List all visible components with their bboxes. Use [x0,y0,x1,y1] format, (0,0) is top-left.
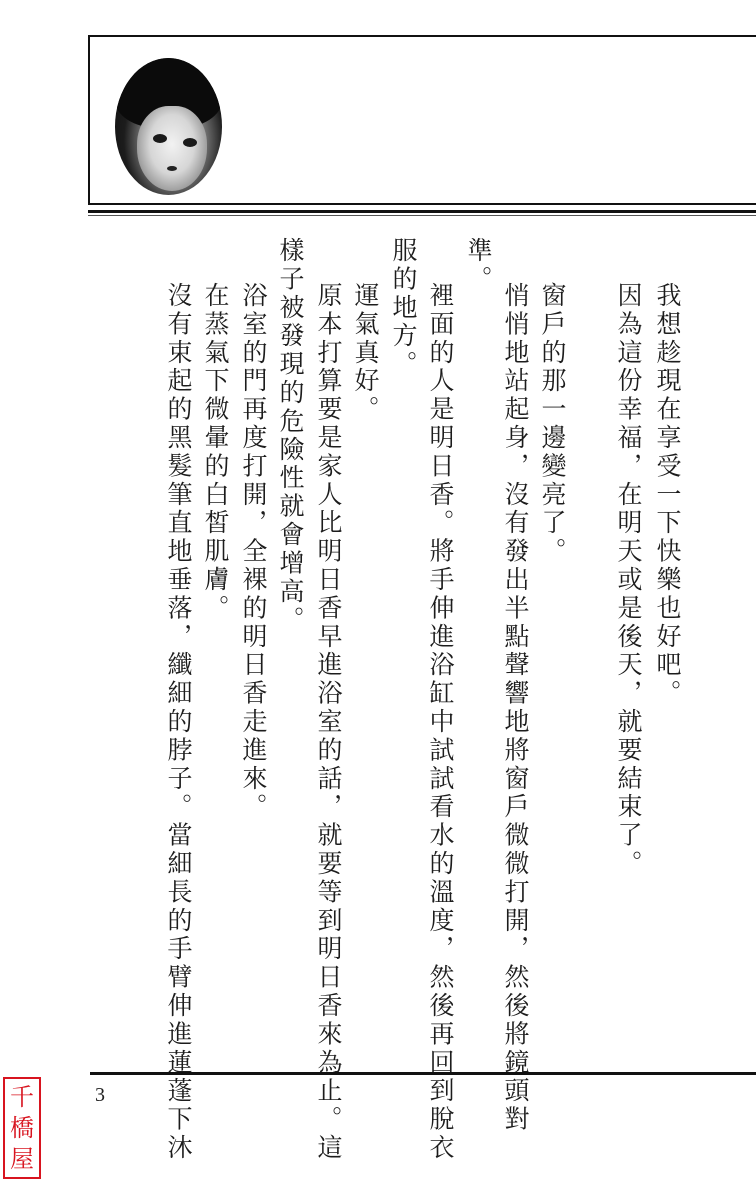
text-column: 沒有束起的黑髮筆直地垂落，纖細的脖子。當細長的手臂伸進蓮蓬下沐 [166,282,191,1162]
text-column: 運氣真好。 [353,282,378,424]
footer-rule [90,1072,756,1075]
portrait-eye-right [183,138,197,147]
text-column: 服的地方。 [391,237,416,379]
portrait-eye-left [153,134,167,143]
text-column: 我想趁現在享受一下快樂也好吧。 [655,282,680,708]
seal-char: 千 [10,1085,34,1109]
seal-char: 屋 [10,1147,34,1171]
seal-char: 橋 [10,1116,34,1140]
text-column: 因為這份幸福，在明天或是後天，就要結束了。 [616,282,641,878]
portrait-mouth [167,166,177,171]
publisher-seal-stamp: 千 橋 屋 [3,1077,41,1179]
header-rule-thick [88,210,756,213]
text-column: 浴室的門再度打開，全裸的明日香走進來。 [241,282,266,822]
page-number: 3 [95,1084,105,1107]
text-column: 原本打算要是家人比明日香早進浴室的話，就要等到明日香來為止。這 [316,282,341,1162]
text-column: 在蒸氣下微暈的白皙肌膚。 [203,282,228,623]
text-column: 悄悄地站起身，沒有發出半點聲響地將窗戶微微打開，然後將鏡頭對 [503,282,528,1134]
text-column: 樣子被發現的危險性就會增高。 [278,237,303,635]
text-column: 裡面的人是明日香。將手伸進浴缸中試試看水的溫度，然後再回到脫衣 [428,282,453,1162]
character-portrait [115,58,222,195]
header-rule-thin [88,215,756,216]
text-column: 窗戶的那一邊變亮了。 [540,282,565,566]
text-column: 準。 [466,237,491,294]
portrait-face [137,106,207,191]
